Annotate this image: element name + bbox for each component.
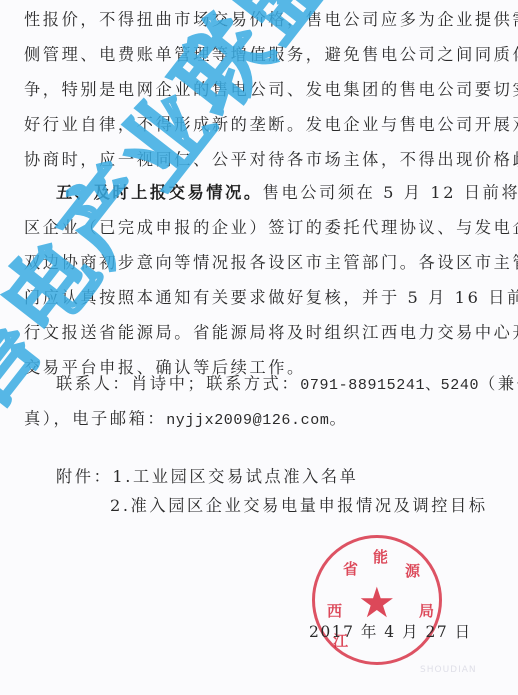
contact-text: （兼传 xyxy=(479,374,518,393)
contact-phone: 0791-88915241、5240 xyxy=(300,377,479,394)
contact-label: 联系人：肖诗中；联系方式： xyxy=(56,374,300,393)
text-line: 好行业自律，不得形成新的垄断。发电企业与售电公司开展双边 xyxy=(24,115,496,135)
text-line: 门应认真按照本通知有关要求做好复核，并于 5 月 16 日前正式 xyxy=(24,288,496,308)
attachment-item: 1.工业园区交易试点准入名单 xyxy=(112,467,358,486)
stamp-char: 省 xyxy=(343,558,358,579)
star-icon: ★ xyxy=(358,582,396,624)
corner-watermark: SHOUDIAN xyxy=(420,665,477,675)
attachments-label: 附件： xyxy=(56,467,112,486)
attachment-line-2: 2.准入园区企业交易电量申报情况及调控目标 xyxy=(110,496,518,516)
text-line: 双边协商初步意向等情况报各设区市主管部门。各设区市主管部 xyxy=(24,253,496,273)
contact-line-2: 真），电子邮箱：nyjjx2009@126.com。 xyxy=(24,409,496,431)
stamp-char: 能 xyxy=(373,546,388,567)
document-page: 性报价，不得扭曲市场交易价格，售电公司应多为企业提供需求 侧管理、电费账单管理等… xyxy=(0,0,518,695)
attachment-line-1: 附件：1.工业园区交易试点准入名单 xyxy=(56,467,518,487)
section5-heading: 五、及时上报交易情况。 xyxy=(56,183,263,202)
issue-date: 2017 年 4 月 27 日 xyxy=(309,620,472,642)
text-line: 争，特别是电网企业的售电公司、发电集团的售电公司要切实做 xyxy=(24,80,496,100)
text-line: 行文报送省能源局。省能源局将及时组织江西电力交易中心开展 xyxy=(24,323,496,343)
section5-first-line: 五、及时上报交易情况。售电公司须在 5 月 12 日前将与园 xyxy=(56,183,518,203)
text-line: 性报价，不得扭曲市场交易价格，售电公司应多为企业提供需求 xyxy=(24,10,496,30)
text-line: 侧管理、电费账单管理等增值服务，避免售电公司之间同质化竞 xyxy=(24,45,496,65)
stamp-char: 西 xyxy=(327,600,342,621)
contact-text: 真），电子邮箱： xyxy=(24,409,166,428)
stamp-char: 源 xyxy=(405,560,420,581)
section5-text: 售电公司须在 5 月 12 日前将与园 xyxy=(263,183,518,202)
contact-text: 。 xyxy=(329,409,348,428)
official-stamp: 西 省 能 源 局 江 ★ xyxy=(312,535,442,665)
contact-line-1: 联系人：肖诗中；联系方式：0791-88915241、5240（兼传 xyxy=(56,374,518,396)
text-line: 区企业（已完成申报的企业）签订的委托代理协议、与发电企业 xyxy=(24,218,496,238)
contact-email: nyjjx2009@126.com xyxy=(166,412,329,429)
text-line: 协商时，应一视同仁、公平对待各市场主体，不得出现价格歧视。 xyxy=(24,150,496,170)
stamp-char: 局 xyxy=(419,600,434,621)
